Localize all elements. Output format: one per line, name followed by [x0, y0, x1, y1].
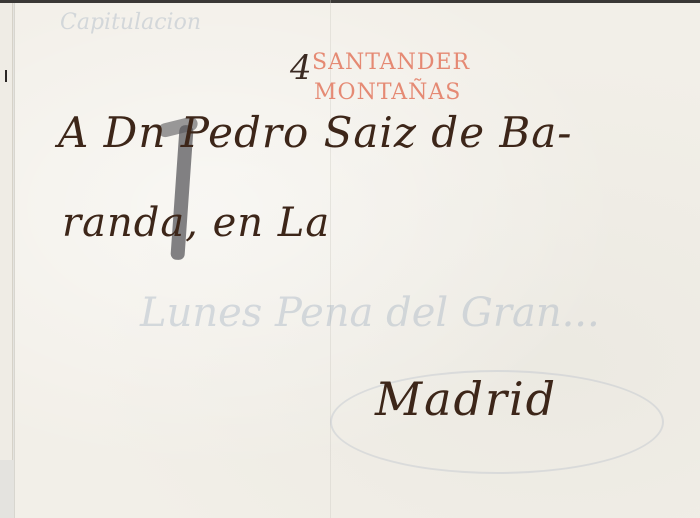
- letter-sheet: Capitulacion Lunes Pena del Gran... SANT…: [0, 0, 700, 518]
- postmark-line-1: SANTANDER: [312, 50, 470, 76]
- postmark-line-2: MONTAÑAS: [314, 80, 461, 106]
- left-ink-mark: [5, 70, 7, 82]
- address-city: Madrid: [375, 372, 557, 426]
- bleed-through-text-top: Capitulacion: [60, 10, 201, 35]
- address-line-2: randa, en La: [62, 200, 330, 246]
- fold-line: [330, 0, 331, 518]
- bleed-through-text-middle: Lunes Pena del Gran...: [140, 290, 600, 336]
- left-fold: [0, 0, 13, 460]
- annotation-number: 4: [290, 48, 312, 88]
- top-edge: [0, 0, 700, 3]
- address-line-1: A Dn Pedro Saiz de Ba-: [58, 108, 573, 157]
